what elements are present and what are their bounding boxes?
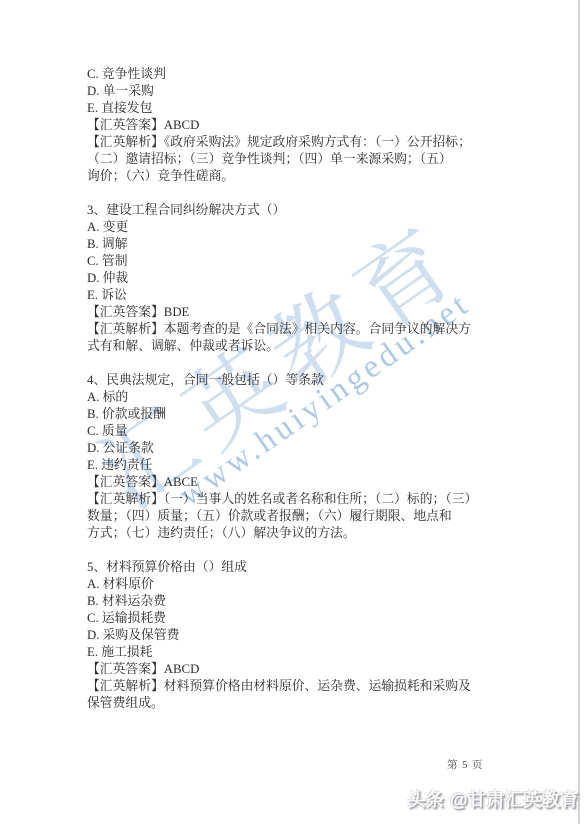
analysis-line: 方式；（七）违约责任；（八）解决争议的方法。 <box>87 525 501 542</box>
analysis-line: 数量；（四）质量；（五）价款或者报酬；（六）履行期限、地点和 <box>87 508 501 525</box>
question-block-4: 4、民典法规定，合同一般包括（）等条款 A. 标的 B. 价款或报酬 C. 质量… <box>87 372 501 542</box>
analysis-line: 【汇英解析】本题考查的是《合同法》相关内容。合同争议的解决方 <box>87 321 501 338</box>
answer-line: 【汇英答案】ABCD <box>87 661 501 678</box>
question-block-2-tail: C. 竞争性谈判 D. 单一采购 E. 直接发包 【汇英答案】ABCD 【汇英解… <box>87 66 501 185</box>
answer-line: 【汇英答案】ABCD <box>87 117 501 134</box>
document-body: C. 竞争性谈判 D. 单一采购 E. 直接发包 【汇英答案】ABCD 【汇英解… <box>87 66 501 712</box>
option-line: E. 违约责任 <box>87 457 501 474</box>
analysis-line: 式有和解、调解、仲裁或者诉讼。 <box>87 338 501 355</box>
option-line: B. 调解 <box>87 236 501 253</box>
page-edge-line <box>578 0 580 824</box>
question-title: 5、材料预算价格由（）组成 <box>87 559 501 576</box>
option-line: E. 施工损耗 <box>87 644 501 661</box>
analysis-line: （二）邀请招标；（三）竞争性谈判；（四）单一来源采购；（五） <box>87 151 501 168</box>
page-number: 第 5 页 <box>447 757 484 772</box>
option-line: A. 材料原价 <box>87 576 501 593</box>
option-line: B. 价款或报酬 <box>87 406 501 423</box>
toutiao-watermark: 头条 @甘肃汇英教育 <box>407 786 579 812</box>
question-title: 4、民典法规定，合同一般包括（）等条款 <box>87 372 501 389</box>
question-block-3: 3、建设工程合同纠纷解决方式（） A. 变更 B. 调解 C. 管制 D. 仲裁… <box>87 202 501 355</box>
analysis-line: 【汇英解析】（一）当事人的姓名或者名称和住所；（二）标的；（三） <box>87 491 501 508</box>
option-line: C. 质量 <box>87 423 501 440</box>
option-line: D. 单一采购 <box>87 83 501 100</box>
option-line: C. 管制 <box>87 253 501 270</box>
option-line: C. 竞争性谈判 <box>87 66 501 83</box>
question-title: 3、建设工程合同纠纷解决方式（） <box>87 202 501 219</box>
option-line: A. 变更 <box>87 219 501 236</box>
option-line: C. 运输损耗费 <box>87 610 501 627</box>
analysis-line: 保管费组成。 <box>87 695 501 712</box>
analysis-line: 询价；（六）竞争性磋商。 <box>87 168 501 185</box>
option-line: D. 公证条款 <box>87 440 501 457</box>
question-block-5: 5、材料预算价格由（）组成 A. 材料原价 B. 材料运杂费 C. 运输损耗费 … <box>87 559 501 712</box>
option-line: B. 材料运杂费 <box>87 593 501 610</box>
analysis-line: 【汇英解析】《政府采购法》规定政府采购方式有：（一）公开招标； <box>87 134 501 151</box>
option-line: D. 采购及保管费 <box>87 627 501 644</box>
document-page: 汇英教育 www.huiyingedu.net C. 竞争性谈判 D. 单一采购… <box>0 0 584 824</box>
option-line: D. 仲裁 <box>87 270 501 287</box>
answer-line: 【汇英答案】ABCE <box>87 474 501 491</box>
option-line: E. 诉讼 <box>87 287 501 304</box>
option-line: A. 标的 <box>87 389 501 406</box>
analysis-line: 【汇英解析】材料预算价格由材料原价、运杂费、运输损耗和采购及 <box>87 678 501 695</box>
option-line: E. 直接发包 <box>87 100 501 117</box>
answer-line: 【汇英答案】BDE <box>87 304 501 321</box>
